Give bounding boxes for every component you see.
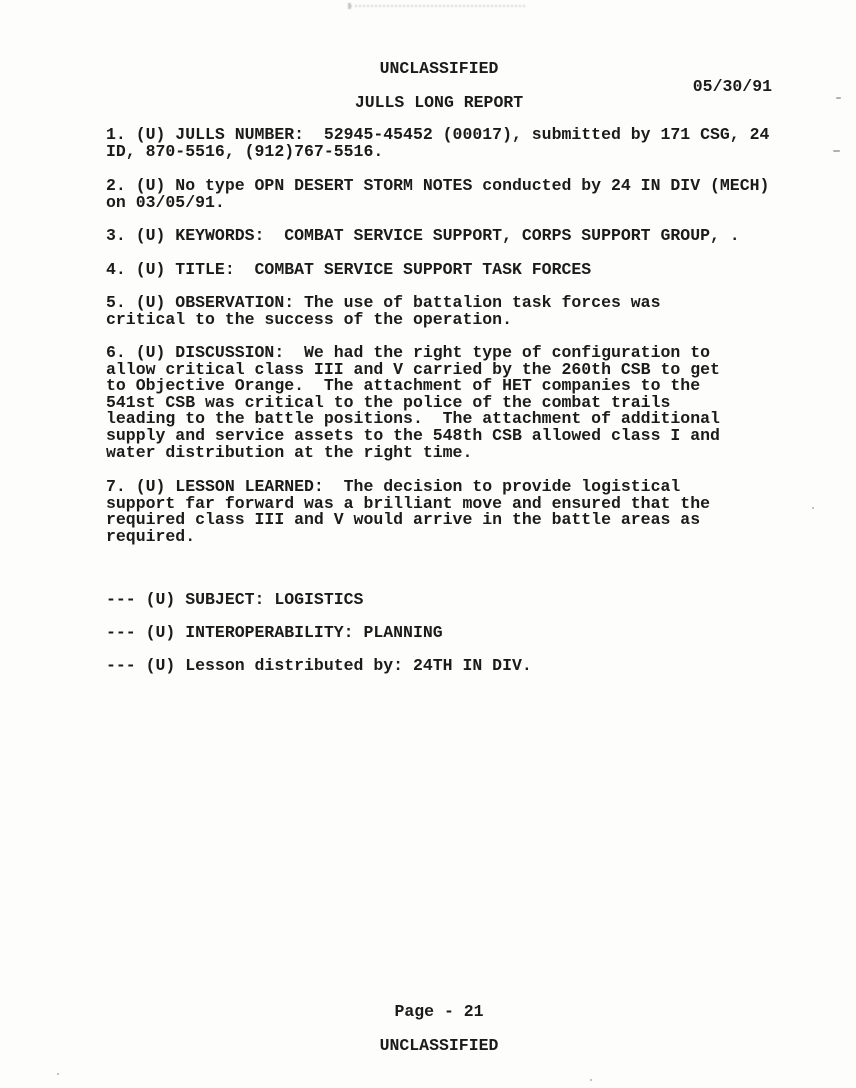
scan-speck	[590, 1079, 592, 1081]
report-title: JULLS LONG REPORT	[106, 95, 772, 112]
paragraph-operation: 2. (U) No type OPN DESERT STORM NOTES co…	[106, 178, 772, 211]
paragraph-keywords: 3. (U) KEYWORDS: COMBAT SERVICE SUPPORT,…	[106, 228, 772, 245]
footnote-interoperability: --- (U) INTEROPERABILITY: PLANNING	[106, 625, 772, 642]
paragraph-title: 4. (U) TITLE: COMBAT SERVICE SUPPORT TAS…	[106, 262, 772, 279]
paragraph-observation: 5. (U) OBSERVATION: The use of battalion…	[106, 295, 772, 328]
classification-footer: UNCLASSIFIED	[106, 1038, 772, 1055]
footnote-subject: --- (U) SUBJECT: LOGISTICS	[106, 592, 772, 609]
scan-speck	[836, 97, 841, 99]
scan-speck	[57, 1073, 59, 1075]
scan-speck	[812, 507, 814, 509]
paragraph-discussion: 6. (U) DISCUSSION: We had the right type…	[106, 345, 772, 461]
classification-header: UNCLASSIFIED	[106, 61, 772, 78]
scan-artifact	[350, 5, 525, 13]
scan-speck	[833, 150, 840, 152]
document-page: UNCLASSIFIED 05/30/91 JULLS LONG REPORT …	[0, 0, 856, 1088]
paragraph-julls-number: 1. (U) JULLS NUMBER: 52945-45452 (00017)…	[106, 127, 772, 160]
footnote-distribution: --- (U) Lesson distributed by: 24TH IN D…	[106, 658, 772, 675]
paragraph-lesson-learned: 7. (U) LESSON LEARNED: The decision to p…	[106, 479, 772, 545]
page-number: Page - 21	[106, 1004, 772, 1021]
